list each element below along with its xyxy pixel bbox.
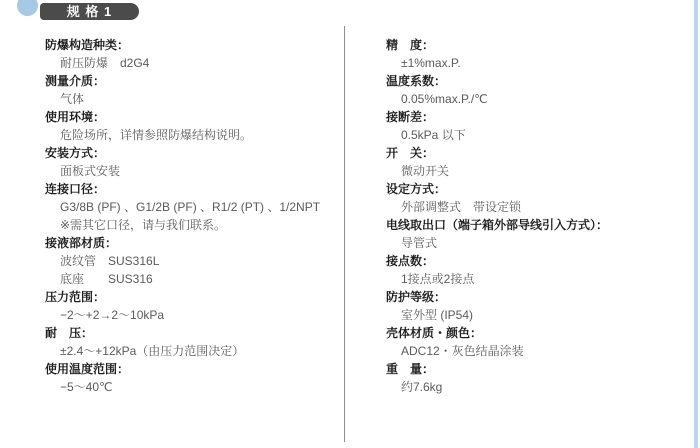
spec-item: 接断差： 0.5kPa 以下 [386, 108, 688, 144]
spec-item: 精 度： ±1%max.P. [386, 36, 688, 72]
spec-value: −5～40℃ [45, 378, 339, 396]
spec-value: −2～+2→2～10kPa [45, 306, 339, 324]
page-edge-stripe [694, 0, 698, 448]
spec-column-right: 精 度： ±1%max.P. 温度系数： 0.05%max.P./℃ 接断差： … [386, 36, 688, 396]
spec-label: 开 关： [386, 144, 688, 162]
spec-item: 接点数： 1接点或2接点 [386, 252, 688, 288]
spec-sheet-page: 规 格 1 防爆构造种类： 耐压防爆 d2G4 测量介质： 气体 使用环境： 危… [0, 0, 700, 448]
spec-value: 约7.6kg [386, 378, 688, 396]
spec-label: 防护等级： [386, 288, 688, 306]
spec-label: 精 度： [386, 36, 688, 54]
spec-item: 连接口径： G3/8B (PF) 、G1/2B (PF) 、R1/2 (PT) … [45, 180, 339, 234]
spec-value: 面板式安装 [45, 162, 339, 180]
spec-item: 使用环境： 危险场所，详情参照防爆结构说明。 [45, 108, 339, 144]
spec-item: 防护等级： 室外型 (IP54) [386, 288, 688, 324]
column-divider [344, 26, 345, 442]
spec-label: 壳体材质・颜色： [386, 324, 688, 342]
header-accent-circle-icon [17, 0, 38, 16]
spec-item: 温度系数： 0.05%max.P./℃ [386, 72, 688, 108]
spec-label: 重 量： [386, 360, 688, 378]
spec-label: 耐 压： [45, 324, 339, 342]
spec-label: 接点数： [386, 252, 688, 270]
spec-item: 电线取出口（端子箱外部导线引入方式）： 导管式 [386, 216, 688, 252]
spec-label: 压力范围： [45, 288, 339, 306]
spec-item: 接液部材质： 波纹管 SUS316L 底座 SUS316 [45, 234, 339, 288]
spec-value: 耐压防爆 d2G4 [45, 54, 339, 72]
spec-label: 测量介质： [45, 72, 339, 90]
spec-item: 测量介质： 气体 [45, 72, 339, 108]
spec-label: 连接口径： [45, 180, 339, 198]
spec-item: 使用温度范围： −5～40℃ [45, 360, 339, 396]
spec-item: 重 量： 约7.6kg [386, 360, 688, 396]
spec-value: 室外型 (IP54) [386, 306, 688, 324]
spec-value: 导管式 [386, 234, 688, 252]
spec-item: 设定方式： 外部调整式 带设定锁 [386, 180, 688, 216]
spec-value: 气体 [45, 90, 339, 108]
spec-item: 壳体材质・颜色： ADC12・灰色结晶涂装 [386, 324, 688, 360]
spec-label: 使用温度范围： [45, 360, 339, 378]
spec-value: ±1%max.P. [386, 54, 688, 72]
spec-label: 防爆构造种类： [45, 36, 339, 54]
spec-value: 外部调整式 带设定锁 [386, 198, 688, 216]
spec-item: 安装方式： 面板式安装 [45, 144, 339, 180]
spec-label: 设定方式： [386, 180, 688, 198]
spec-value: 1接点或2接点 [386, 270, 688, 288]
spec-value: ADC12・灰色结晶涂装 [386, 342, 688, 360]
spec-column-left: 防爆构造种类： 耐压防爆 d2G4 测量介质： 气体 使用环境： 危险场所，详情… [45, 36, 339, 396]
spec-label: 安装方式： [45, 144, 339, 162]
spec-label: 接液部材质： [45, 234, 339, 252]
spec-value: 危险场所，详情参照防爆结构说明。 [45, 126, 339, 144]
spec-item: 耐 压： ±2.4～+12kPa（由压力范围决定） [45, 324, 339, 360]
spec-item: 压力范围： −2～+2→2～10kPa [45, 288, 339, 324]
spec-value: 0.05%max.P./℃ [386, 90, 688, 108]
spec-value: 波纹管 SUS316L 底座 SUS316 [45, 252, 339, 288]
spec-value: 0.5kPa 以下 [386, 126, 688, 144]
spec-item: 开 关： 微动开关 [386, 144, 688, 180]
spec-label: 电线取出口（端子箱外部导线引入方式）： [386, 216, 688, 234]
spec-label: 接断差： [386, 108, 688, 126]
spec-value: ±2.4～+12kPa（由压力范围决定） [45, 342, 339, 360]
spec-value: 微动开关 [386, 162, 688, 180]
spec-value: G3/8B (PF) 、G1/2B (PF) 、R1/2 (PT) 、1/2NP… [45, 198, 339, 234]
section-title: 规 格 1 [40, 3, 139, 20]
spec-label: 温度系数： [386, 72, 688, 90]
spec-item: 防爆构造种类： 耐压防爆 d2G4 [45, 36, 339, 72]
spec-label: 使用环境： [45, 108, 339, 126]
